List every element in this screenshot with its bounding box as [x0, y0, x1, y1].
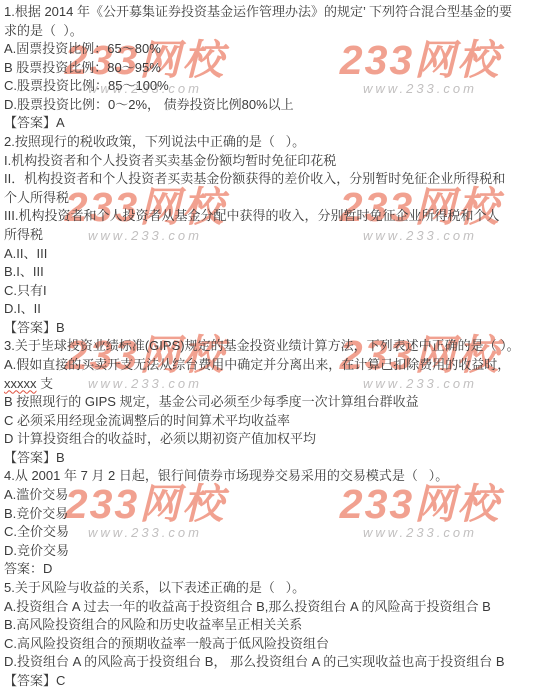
question-4-option-d: D.竞价交易	[4, 542, 552, 561]
question-5-option-a: A.投资组合 A 过去一年的收益高于投资组合 B,那么投资组台 A 的风险高于投…	[4, 598, 552, 617]
question-2-option-a: A.II、III	[4, 245, 552, 264]
spell-error-text: xxxxx	[4, 376, 37, 391]
question-5-option-b: B.高风险投资组合的风险和历史收益率呈正相关关系	[4, 616, 552, 635]
question-3-option-a-line-2: xxxxx 支	[4, 375, 552, 394]
question-4-option-b: B.竞价交易	[4, 505, 552, 524]
question-2-option-d: D.I、II	[4, 300, 552, 319]
exam-document-page: 233网校 www.233.com 233网校 www.233.com 233网…	[0, 0, 552, 691]
question-1-stem-line-1: 1.根据 2014 年《公开募集证券投资基金运作管理办法》的规定’ 下列符合混合…	[4, 3, 552, 22]
question-2-option-c: C.只有I	[4, 282, 552, 301]
question-4-answer: 答案：D	[4, 560, 552, 579]
question-3-option-a-line-1: A.假如直接的买卖开支无法从综台费用中确定并分离出来，在计算己扣除费用的收益时，	[4, 356, 552, 375]
question-1-option-b: B 股票投资比例：80～95%	[4, 59, 552, 78]
question-1-option-a: A.固票投资比例：65～80%	[4, 40, 552, 59]
question-1-option-d: D.股票投资比例：0～2%， 债券投资比例80%以上	[4, 96, 552, 115]
question-3-option-b: B 按照现行的 GIPS 规定，基金公司必须至少每季度一次计算组台群收益	[4, 393, 552, 412]
question-4-stem: 4.从 2001 年 7 月 2 日起，银行间债券市场现券交易采用的交易模式是（…	[4, 467, 552, 486]
question-2-stem: 2.按照现行的税收政策，下列说法中正确的是（ ）。	[4, 133, 552, 152]
question-5-answer: 【答案】C	[4, 672, 552, 691]
question-5-option-d: D.投资组台 A 的风险高于投资组台 B， 那么投资组台 A 的己实现收益也高于…	[4, 653, 552, 672]
question-1-stem-line-2: 求的是（ ）。	[4, 22, 552, 41]
spell-error-tail: 支	[37, 376, 54, 391]
question-5-option-c: C.高风险投资组合的预期收益率一般高于低风险投资组台	[4, 635, 552, 654]
question-2-item-3-line-2: 所得税	[4, 226, 552, 245]
question-3-stem: 3.关于坒球投资业绩标准(GIPS)规定的基金投资业绩计算方法，下列表述中正确的…	[4, 337, 552, 356]
question-1-option-c: C.股票投资比例：85～100%	[4, 77, 552, 96]
document-text: 1.根据 2014 年《公开募集证券投资基金运作管理办法》的规定’ 下列符合混合…	[0, 0, 552, 690]
question-3-option-c: C 必须采用经现金流调整后的时间算术平均收益率	[4, 412, 552, 431]
question-2-option-b: B.I、III	[4, 263, 552, 282]
question-2-item-2-line-2: 个人所得税	[4, 189, 552, 208]
question-1-answer: 【答案】A	[4, 114, 552, 133]
question-4-option-a: A.滥价交易	[4, 486, 552, 505]
question-2-item-3-line-1: III.机构投资者和个人投资者从基金分配中获得的收入，分别暂时免征企业所得税和个…	[4, 207, 552, 226]
question-2-item-1: I.机构投资者和个人投资者买卖基金份额均暂时免征印花税	[4, 152, 552, 171]
question-5-stem: 5.关于风险与收益的关系，以下表述正确的是（ ）。	[4, 579, 552, 598]
question-2-item-2-line-1: II．机构投资者和个人投资者买卖基金份额获得的差价收入，分别暂时免征企业所得税和	[4, 170, 552, 189]
question-3-answer: 【答案】B	[4, 449, 552, 468]
question-4-option-c: C.全价交易	[4, 523, 552, 542]
question-2-answer: 【答案】B	[4, 319, 552, 338]
question-3-option-d: D 计算投资组合的收益时，必须以期初资产值加权平均	[4, 430, 552, 449]
